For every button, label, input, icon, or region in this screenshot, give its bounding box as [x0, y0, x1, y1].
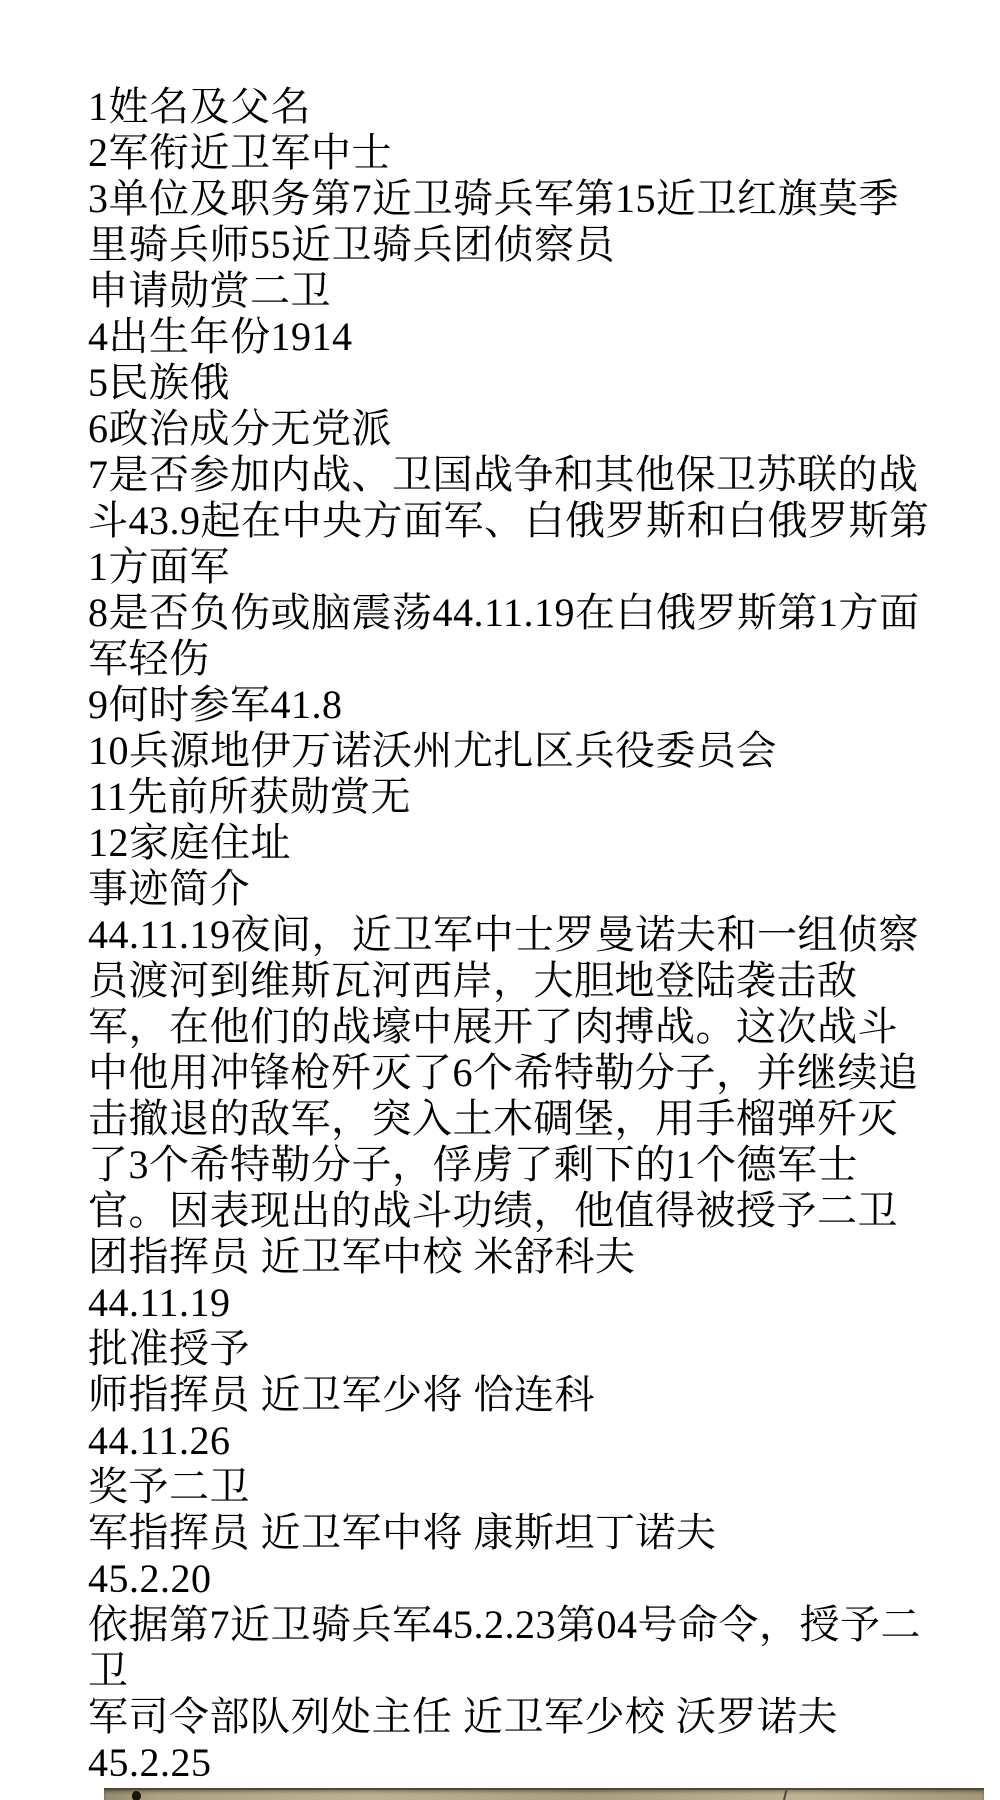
text-line: 批准授予 — [88, 1326, 960, 1372]
text-line: 5民族俄 — [88, 360, 960, 406]
text-line: 击撤退的敌军，突入土木碉堡，用手榴弹歼灭 — [88, 1096, 960, 1142]
text-line: 申请勋赏二卫 — [88, 268, 960, 314]
text-line: 9何时参军41.8 — [88, 682, 960, 728]
text-line: 44.11.19夜间，近卫军中士罗曼诺夫和一组侦察 — [88, 912, 960, 958]
text-line: 奖予二卫 — [88, 1464, 960, 1510]
text-line: 员渡河到维斯瓦河西岸，大胆地登陆袭击敌 — [88, 958, 960, 1004]
text-line: 44.11.19 — [88, 1280, 960, 1326]
text-line: 1姓名及父名 — [88, 84, 960, 130]
text-line: 了3个希特勒分子，俘虏了剩下的1个德军士 — [88, 1142, 960, 1188]
text-line: 师指挥员 近卫军少将 恰连科 — [88, 1372, 960, 1418]
text-line: 4出生年份1914 — [88, 314, 960, 360]
text-line: 45.2.20 — [88, 1556, 960, 1602]
text-line: 军指挥员 近卫军中将 康斯坦丁诺夫 — [88, 1510, 960, 1556]
text-line: 45.2.25 — [88, 1740, 960, 1786]
text-line: 里骑兵师55近卫骑兵团侦察员 — [88, 222, 960, 268]
text-line: 8是否负伤或脑震荡44.11.19在白俄罗斯第1方面 — [88, 590, 960, 636]
text-line: 军司令部队列处主任 近卫军少校 沃罗诺夫 — [88, 1694, 960, 1740]
text-line: 3单位及职务第7近卫骑兵军第15近卫红旗莫季 — [88, 176, 960, 222]
text-line: 1方面军 — [88, 544, 960, 590]
text-line: 10兵源地伊万诺沃州尤扎区兵役委员会 — [88, 728, 960, 774]
scan-ink-mark — [131, 1790, 141, 1800]
text-line: 6政治成分无党派 — [88, 406, 960, 452]
text-line: 军轻伤 — [88, 636, 960, 682]
text-line: 12家庭住址 — [88, 820, 960, 866]
text-line: 军，在他们的战壕中展开了肉搏战。这次战斗 — [88, 1004, 960, 1050]
text-line: 44.11.26 — [88, 1418, 960, 1464]
text-line: 官。因表现出的战斗功绩，他值得被授予二卫 — [88, 1188, 960, 1234]
text-line: 团指挥员 近卫军中校 米舒科夫 — [88, 1234, 960, 1280]
document-text: 1姓名及父名2军衔近卫军中士3单位及职务第7近卫骑兵军第15近卫红旗莫季里骑兵师… — [88, 84, 960, 1786]
text-line: 11先前所获勋赏无 — [88, 774, 960, 820]
text-line: 斗43.9起在中央方面军、白俄罗斯和白俄罗斯第 — [88, 498, 960, 544]
document-page: 1姓名及父名2军衔近卫军中士3单位及职务第7近卫骑兵军第15近卫红旗莫季里骑兵师… — [0, 0, 1000, 1800]
text-line: 事迹简介 — [88, 866, 960, 912]
text-line: 中他用冲锋枪歼灭了6个希特勒分子，并继续追 — [88, 1050, 960, 1096]
text-line: 卫 — [88, 1648, 960, 1694]
scanned-paper-shading — [104, 1790, 984, 1800]
text-line: 7是否参加内战、卫国战争和其他保卫苏联的战 — [88, 452, 960, 498]
text-line: 2军衔近卫军中士 — [88, 130, 960, 176]
scanned-paper-edge — [104, 1788, 984, 1800]
text-line: 依据第7近卫骑兵军45.2.23第04号命令，授予二 — [88, 1602, 960, 1648]
